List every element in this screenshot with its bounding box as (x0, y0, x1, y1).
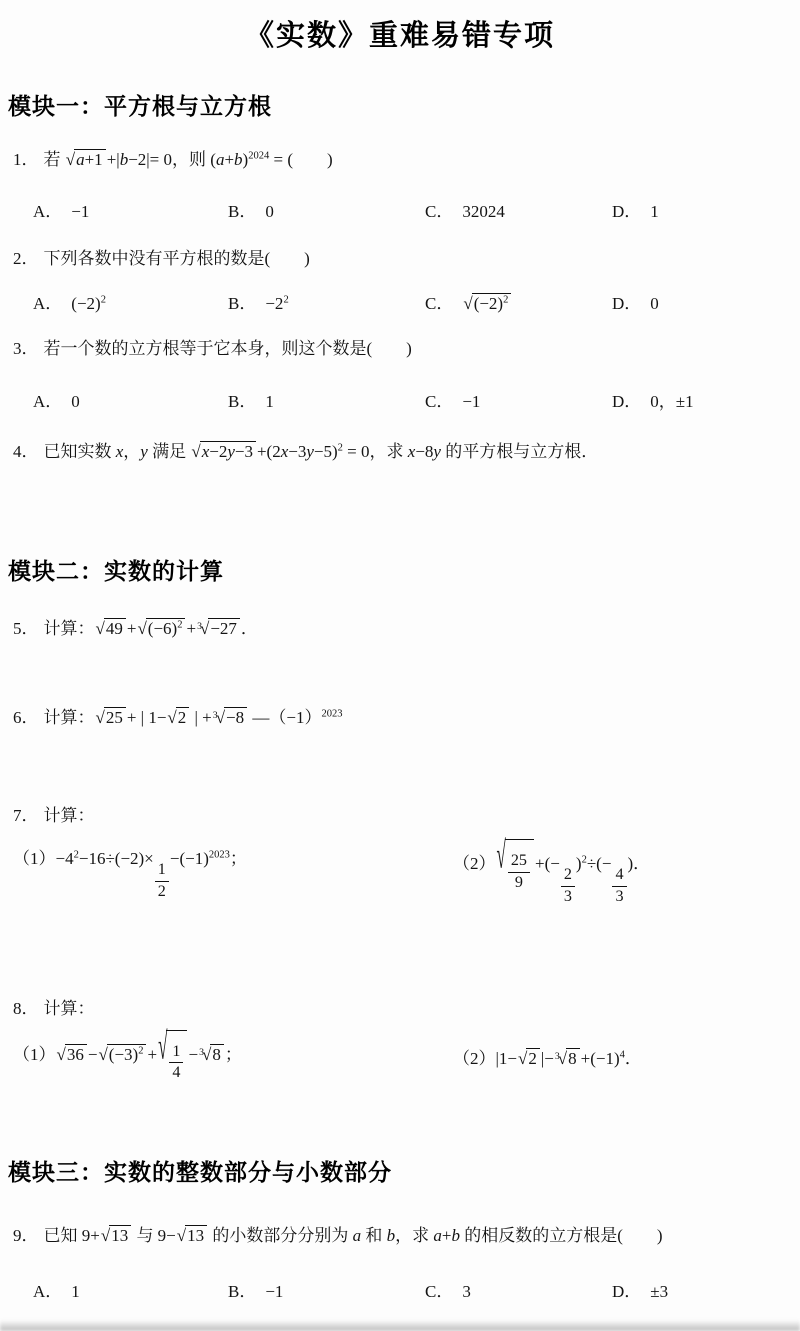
option-3-b: B．1 (228, 387, 425, 412)
question-4-stem: 已知实数 x，y 满足 √x−2y−3+(2x−3y−5)2 = 0，求 x−8… (44, 442, 599, 461)
worksheet-page: 《实数》重难易错专项 模块一：平方根与立方根 1．若 √a+1+|b−2|= 0… (0, 0, 800, 1302)
section-heading-module2: 模块二：实数的计算 (0, 553, 800, 586)
question-7-part-1: （1）−42−16÷(−2)×12−(−1)2023； (13, 844, 453, 900)
option-2-c-value: √(−2)2 (462, 294, 512, 313)
option-2-b-label: B． (228, 294, 256, 313)
option-9-b-label: B． (228, 1282, 256, 1301)
option-9-d-label: D． (612, 1282, 641, 1301)
question-7: 7．计算： (0, 803, 800, 829)
option-3-a: A．0 (33, 387, 228, 412)
option-3-c: C．−1 (425, 387, 612, 412)
option-2-c: C．√(−2)2 (425, 289, 612, 314)
question-2: 2．下列各数中没有平方根的数是( ) (0, 246, 800, 272)
option-3-d: D．0，±1 (612, 387, 800, 412)
option-9-d-value: ±3 (650, 1282, 668, 1301)
option-9-b-value: −1 (265, 1282, 283, 1301)
question-3-stem: 若一个数的立方根等于它本身，则这个数是( ) (44, 339, 412, 358)
question-9-options: A．1 B．−1 C．3 D．±3 (0, 1277, 800, 1302)
question-6-number: 6． (13, 708, 39, 727)
question-7-parts: （1）−42−16÷(−2)×12−(−1)2023； （2）√259+(−23… (0, 839, 800, 905)
option-9-a-value: 1 (71, 1282, 80, 1301)
option-1-d: D．1 (612, 197, 800, 222)
section-heading-module3: 模块三：实数的整数部分与小数部分 (0, 1154, 800, 1187)
option-2-b-value: −22 (265, 294, 288, 313)
option-2-d-value: 0 (650, 294, 659, 313)
option-9-c-value: 3 (462, 1282, 471, 1301)
question-9: 9．已知 9+√13 与 9−√13 的小数部分分别为 a 和 b，求 a+b … (0, 1223, 800, 1249)
option-1-d-value: 1 (650, 202, 659, 221)
option-2-d: D．0 (612, 289, 800, 314)
option-3-d-label: D． (612, 392, 641, 411)
option-2-a-value: (−2)2 (71, 294, 106, 313)
option-9-a-label: A． (33, 1282, 62, 1301)
question-8-parts: （1）√36−√(−3)2+√14−3√8； （2）|1−√2|−3√8+(−1… (0, 1030, 800, 1082)
question-7-stem: 计算： (44, 806, 95, 825)
option-1-a: A．−1 (33, 197, 228, 222)
option-3-c-label: C． (425, 392, 453, 411)
question-3-options: A．0 B．1 C．−1 D．0，±1 (0, 387, 800, 412)
question-2-options: A．(−2)2 B．−22 C．√(−2)2 D．0 (0, 289, 800, 314)
question-2-stem: 下列各数中没有平方根的数是( ) (44, 249, 310, 268)
question-4-number: 4． (13, 442, 39, 461)
option-9-c-label: C． (425, 1282, 453, 1301)
option-2-b: B．−22 (228, 289, 425, 314)
option-3-b-value: 1 (265, 392, 274, 411)
question-1-stem: 若 √a+1+|b−2|= 0，则 (a+b)2024 = ( ) (44, 150, 333, 169)
question-1-number: 1． (13, 150, 39, 169)
option-3-c-value: −1 (462, 392, 480, 411)
option-1-b-label: B． (228, 202, 256, 221)
question-7-part-2: （2）√259+(−23)2÷(−43)． (453, 839, 800, 905)
option-1-c: C．32024 (425, 197, 612, 222)
question-3: 3．若一个数的立方根等于它本身，则这个数是( ) (0, 336, 800, 362)
option-1-c-label: C． (425, 202, 453, 221)
option-9-a: A．1 (33, 1277, 228, 1302)
question-2-number: 2． (13, 249, 39, 268)
question-8-stem: 计算： (44, 999, 95, 1018)
question-6-stem: 计算：√25+ | 1−√2 | +3√−8 —（−1）2023 (44, 708, 343, 727)
scan-edge-artifact (0, 1320, 800, 1331)
question-9-stem: 已知 9+√13 与 9−√13 的小数部分分别为 a 和 b，求 a+b 的相… (44, 1226, 663, 1245)
option-1-c-value: 32024 (462, 202, 505, 221)
option-3-d-value: 0，±1 (650, 392, 693, 411)
question-1: 1．若 √a+1+|b−2|= 0，则 (a+b)2024 = ( ) (0, 147, 800, 173)
question-5-stem: 计算：√49+√(−6)2+3√−27． (44, 619, 258, 638)
question-5-number: 5． (13, 619, 39, 638)
question-8: 8．计算： (0, 996, 800, 1022)
doc-title: 《实数》重难易错专项 (0, 0, 800, 54)
option-3-b-label: B． (228, 392, 256, 411)
option-1-b: B．0 (228, 197, 425, 222)
option-9-c: C．3 (425, 1277, 612, 1302)
question-6: 6．计算：√25+ | 1−√2 | +3√−8 —（−1）2023 (0, 705, 800, 731)
option-2-a-label: A． (33, 294, 62, 313)
question-7-number: 7． (13, 806, 39, 825)
option-9-d: D．±3 (612, 1277, 800, 1302)
question-8-part-1: （1）√36−√(−3)2+√14−3√8； (13, 1030, 453, 1082)
option-2-d-label: D． (612, 294, 641, 313)
question-5: 5．计算：√49+√(−6)2+3√−27． (0, 616, 800, 642)
question-3-number: 3． (13, 339, 39, 358)
option-3-a-label: A． (33, 392, 62, 411)
option-9-b: B．−1 (228, 1277, 425, 1302)
section-heading-module1: 模块一：平方根与立方根 (0, 88, 800, 121)
option-1-a-value: −1 (71, 202, 89, 221)
option-2-a: A．(−2)2 (33, 289, 228, 314)
question-8-number: 8． (13, 999, 39, 1018)
question-1-options: A．−1 B．0 C．32024 D．1 (0, 197, 800, 222)
option-2-c-label: C． (425, 294, 453, 313)
question-8-part-2: （2）|1−√2|−3√8+(−1)4． (453, 1044, 800, 1069)
option-1-d-label: D． (612, 202, 641, 221)
question-4: 4．已知实数 x，y 满足 √x−2y−3+(2x−3y−5)2 = 0，求 x… (0, 439, 800, 465)
option-1-b-value: 0 (265, 202, 274, 221)
question-9-number: 9． (13, 1226, 39, 1245)
option-1-a-label: A． (33, 202, 62, 221)
option-3-a-value: 0 (71, 392, 80, 411)
